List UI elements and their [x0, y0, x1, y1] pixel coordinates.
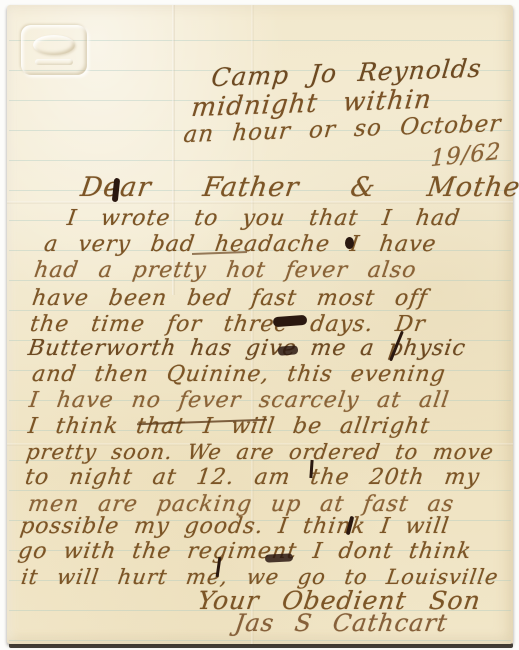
embossed-seal [21, 25, 87, 75]
body-line: had a pretty hot fever also [32, 258, 418, 283]
body-line: to night at 12. am the 20th my [23, 465, 481, 490]
body-line: possible my goods. I think I will [18, 514, 451, 539]
ink-blot-regiment [265, 553, 293, 562]
ruled-line [9, 490, 511, 491]
embossed-seal-banner [35, 59, 73, 65]
body-line: I have no fever scarcely at all [27, 388, 451, 413]
body-line: the time for three days. Dr [28, 312, 427, 337]
letter-paper: Camp Jo Reynolds midnight within an hour… [7, 5, 513, 644]
body-line: have been bed fast most off [30, 286, 429, 311]
ink-blot-headache [345, 237, 354, 249]
ink-blot-give [278, 345, 299, 356]
body-line: and then Quinine, this evening [30, 362, 447, 387]
body-line: pretty soon. We are ordered to move [25, 440, 496, 464]
signature-line: Jas S Cathcart [233, 609, 450, 637]
ruled-line [9, 640, 511, 641]
date-line: 19/62 [430, 139, 502, 173]
salutation-line: Dear Father & Mother [79, 172, 519, 203]
body-line: I wrote to you that I had [65, 206, 462, 231]
body-line: Butterworth has give me a physic [26, 336, 467, 361]
body-line: I think that I will be allright [26, 414, 431, 439]
body-line: go with the regiment I dont think [16, 539, 473, 564]
embossed-seal-center [33, 35, 75, 55]
scan-background: { "document": { "kind": "handwritten-let… [0, 0, 519, 650]
